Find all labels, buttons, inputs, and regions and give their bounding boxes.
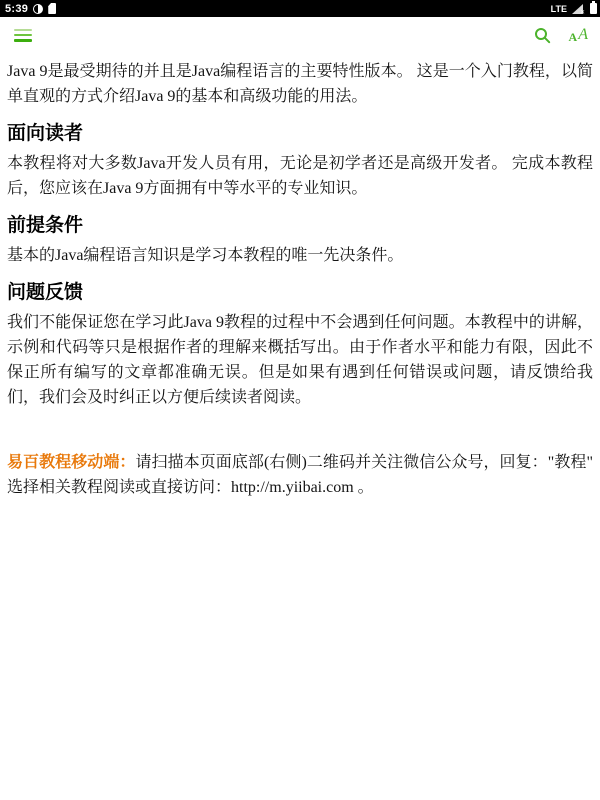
signal-triangle-icon: ✕: [572, 4, 583, 14]
mobile-site-url: http://m.yiibai.com: [231, 479, 354, 496]
font-size-icon[interactable]: AA: [569, 27, 588, 43]
section-heading-feedback: 问题反馈: [7, 282, 593, 304]
section-body-feedback: 我们不能保证您在学习此Java 9教程的过程中不会遇到任何问题。本教程中的讲解，…: [7, 310, 593, 410]
intro-paragraph: Java 9是最受期待的并且是Java编程语言的主要特性版本。 这是一个入门教程…: [7, 59, 593, 109]
network-type-label: LTE: [551, 4, 567, 14]
article-content: Java 9是最受期待的并且是Java编程语言的主要特性版本。 这是一个入门教程…: [0, 59, 600, 500]
clock-time: 5:39: [5, 3, 28, 15]
section-body-audience: 本教程将对大多数Java开发人员有用，无论是初学者还是高级开发者。 完成本教程后…: [7, 151, 593, 201]
status-bar: 5:39 LTE ✕: [0, 0, 600, 17]
mobile-note-paragraph: 易百教程移动端：请扫描本页面底部(右侧)二维码并关注微信公众号，回复："教程" …: [7, 450, 593, 500]
data-saver-icon: [33, 4, 43, 14]
section-heading-audience: 面向读者: [7, 123, 593, 145]
mobile-note-label: 易百教程移动端：: [7, 454, 135, 471]
section-body-prerequisites: 基本的Java编程语言知识是学习本教程的唯一先决条件。: [7, 243, 593, 268]
section-heading-prerequisites: 前提条件: [7, 215, 593, 237]
battery-icon: [590, 3, 597, 14]
menu-icon[interactable]: [14, 29, 32, 42]
mobile-note-suffix: 。: [354, 479, 374, 496]
search-icon[interactable]: [534, 27, 551, 44]
app-bar: AA: [0, 17, 600, 53]
sim-card-icon: [48, 3, 56, 14]
